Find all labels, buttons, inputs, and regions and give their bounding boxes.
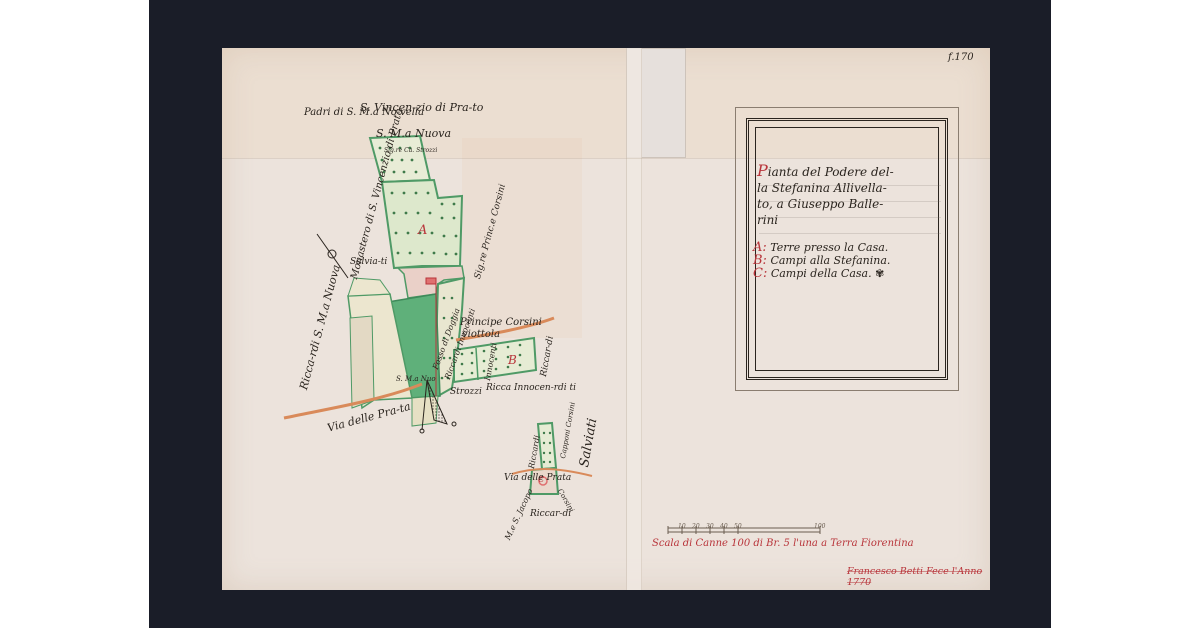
legend-item-b: B: Campi alla Stefanina.: [753, 254, 890, 267]
label-riccardi-bottom: Riccar-di: [530, 510, 571, 519]
legend-item-c: C: Campi della Casa. ✾: [753, 267, 890, 280]
label-salviati-small: Salvia-ti: [350, 258, 387, 267]
map-sheet: f.170: [222, 48, 990, 590]
legend-item-a: A: Terre presso la Casa.: [753, 241, 890, 254]
label-s-vincenzo: S. Vincen-zio di Pra-to: [360, 102, 483, 113]
cartouche-frame: Pianta del Podere del- la Stefanina Alli…: [735, 107, 959, 391]
label-s-m-nuova-small: S. M.a Nuo: [396, 376, 436, 383]
label-principe-corsini: Principe Corsini: [460, 318, 542, 328]
label-viottola: viottola: [462, 330, 500, 340]
parcel-label-a: A: [418, 224, 427, 237]
scale-ticks: 10 20 30 40 50 100: [668, 524, 848, 536]
scale-label: Scala di Canne 100 di Br. 5 l'una a Terr…: [652, 538, 914, 549]
cartouche-legend: A: Terre presso la Casa. B: Campi alla S…: [753, 241, 890, 280]
cartouche: Pianta del Podere del- la Stefanina Alli…: [746, 118, 948, 380]
label-ricca-innocenti: Ricca Innocen-rdi ti: [486, 384, 576, 393]
rosette-icon: ✾: [875, 267, 884, 280]
parcel-label-b: B: [508, 354, 517, 366]
label-via-delle-prata-c: Via delle Prata: [504, 474, 571, 483]
signature: Francesco Betti Fece l'Anno 1770: [847, 566, 990, 588]
label-strozzi: Strozzi: [450, 388, 482, 397]
cartouche-title: Pianta del Podere del- la Stefanina Alli…: [757, 163, 927, 228]
